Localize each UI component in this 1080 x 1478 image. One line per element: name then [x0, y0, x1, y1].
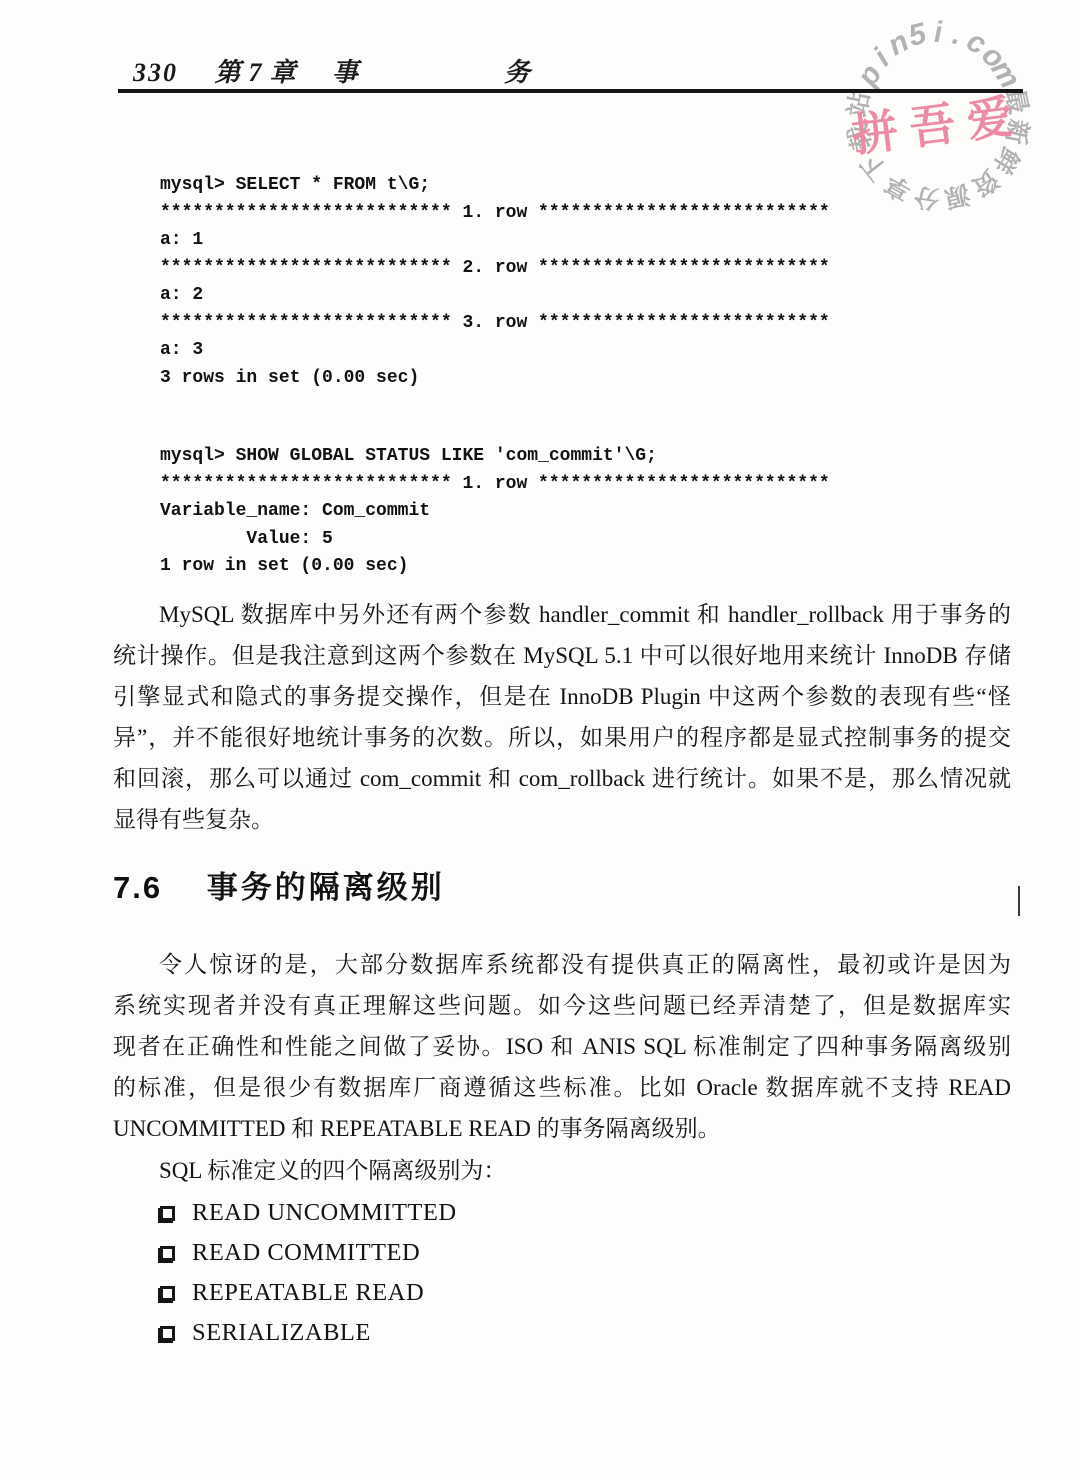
paragraph-line: 令人惊讶的是，大部分数据库系统都没有提供真正的隔离性，最初或许是因为	[113, 944, 1011, 985]
watermark-ring-char: 新	[999, 117, 1039, 148]
code-line: 1 row in set (0.00 sec)	[160, 553, 830, 581]
watermark-ring-char: 享	[877, 167, 917, 211]
list-item-label: READ UNCOMMITTED	[192, 1199, 457, 1227]
paragraph-line: 显得有些复杂。	[113, 799, 1011, 840]
watermark-ring-char: 源	[941, 177, 974, 218]
code-line: a: 1	[160, 227, 830, 255]
code-line: mysql> SHOW GLOBAL STATUS LIKE 'com_comm…	[160, 443, 830, 471]
code-line: *************************** 1. row *****…	[160, 471, 830, 499]
watermark-arc-letter: 5	[905, 17, 929, 54]
code-line: Value: 5	[160, 526, 830, 554]
square-bullet-icon	[160, 1246, 175, 1261]
code-line: *************************** 3. row *****…	[160, 310, 830, 338]
square-bullet-icon	[160, 1326, 175, 1341]
code-line: Variable_name: Com_commit	[160, 498, 830, 526]
watermark-ring-char: 下	[851, 148, 895, 190]
paragraph-line: MySQL 数据库中另外还有两个参数 handler_commit 和 hand…	[113, 594, 1011, 635]
list-item: READ UNCOMMITTED	[158, 1193, 457, 1233]
paragraph-line: 的标准，但是很少有数据库厂商遵循这些标准。比如 Oracle 数据库就不支持 R…	[113, 1067, 1011, 1108]
square-bullet-icon	[160, 1286, 175, 1301]
watermark-stamp: pin5i.com 最新鲜资源分享下载站 拼吾爱	[828, 8, 1048, 228]
code-line: mysql> SELECT * FROM t\G;	[160, 172, 830, 200]
watermark-arc-letter: p	[851, 59, 890, 93]
list-item-label: REPEATABLE READ	[192, 1279, 424, 1307]
watermark-arc-letter: i	[934, 16, 942, 50]
isolation-level-list: READ UNCOMMITTED READ COMMITTED REPEATAB…	[158, 1193, 457, 1353]
paragraph-line: 异”，并不能很好地统计事务的次数。所以，如果用户的程序都是显式控制事务的提交	[113, 717, 1011, 758]
list-item: SERIALIZABLE	[158, 1313, 457, 1353]
code-block-select-output: mysql> SELECT * FROM t\G;***************…	[160, 172, 830, 392]
watermark-arc-letter: c	[961, 24, 991, 62]
paragraph-line: 系统实现者并没有真正理解这些问题。如今这些问题已经弄清楚了，但是数据库实	[113, 985, 1011, 1026]
paragraph-isolation: 令人惊讶的是，大部分数据库系统都没有提供真正的隔离性，最初或许是因为系统实现者并…	[113, 944, 1011, 1149]
watermark-ring-char: 鲜	[986, 141, 1030, 181]
header-rule	[118, 89, 1023, 93]
code-line: *************************** 1. row *****…	[160, 200, 830, 228]
list-item: READ COMMITTED	[158, 1233, 457, 1273]
scan-artifact-line	[1018, 886, 1020, 916]
code-line: a: 3	[160, 337, 830, 365]
square-bullet-icon	[160, 1206, 175, 1221]
chapter-title: 事 务	[332, 58, 590, 87]
paragraph-line: 和回滚，那么可以通过 com_commit 和 com_rollback 进行统…	[113, 758, 1011, 799]
section-number: 7.6	[113, 870, 162, 905]
section-heading: 7.6 事务的隔离级别	[113, 862, 445, 907]
running-head: 330 第7章 事 务	[133, 52, 590, 89]
paragraph-line: 引擎显式和隐式的事务提交操作，但是在 InnoDB Plugin 中这两个参数的…	[113, 676, 1011, 717]
list-item-label: SERIALIZABLE	[192, 1319, 371, 1347]
watermark-ring-char: 载	[838, 121, 879, 154]
code-line: 3 rows in set (0.00 sec)	[160, 365, 830, 393]
book-page: pin5i.com 最新鲜资源分享下载站 拼吾爱 330 第7章 事 务 mys…	[0, 0, 1080, 1478]
paragraph-line: UNCOMMITTED 和 REPEATABLE READ 的事务隔离级别。	[113, 1108, 1011, 1149]
watermark-arc-letter: n	[882, 25, 914, 64]
paragraph-line: 统计操作。但是我注意到这两个参数在 MySQL 5.1 中可以很好地用来统计 I…	[113, 635, 1011, 676]
list-item-label: READ COMMITTED	[192, 1239, 420, 1267]
watermark-ring-char: 分	[912, 180, 942, 219]
page-number: 330	[133, 58, 178, 87]
watermark-arc-letter: o	[975, 38, 1011, 76]
chapter-label: 第7章	[215, 58, 304, 87]
watermark-arc-letter: .	[949, 18, 965, 53]
code-line: *************************** 2. row *****…	[160, 255, 830, 283]
paragraph-statistics: MySQL 数据库中另外还有两个参数 handler_commit 和 hand…	[113, 594, 1011, 840]
section-title: 事务的隔离级别	[207, 870, 445, 905]
watermark-ring-char: 资	[965, 162, 1006, 206]
paragraph-line: 现者在正确性和性能之间做了妥协。ISO 和 ANIS SQL 标准制定了四种事务…	[113, 1026, 1011, 1067]
watermark-arc-letter: i	[867, 43, 896, 74]
code-block-status-output: mysql> SHOW GLOBAL STATUS LIKE 'com_comm…	[160, 443, 830, 581]
list-intro: SQL 标准定义的四个隔离级别为：	[113, 1150, 1011, 1191]
code-line: a: 2	[160, 282, 830, 310]
list-item: REPEATABLE READ	[158, 1273, 457, 1313]
